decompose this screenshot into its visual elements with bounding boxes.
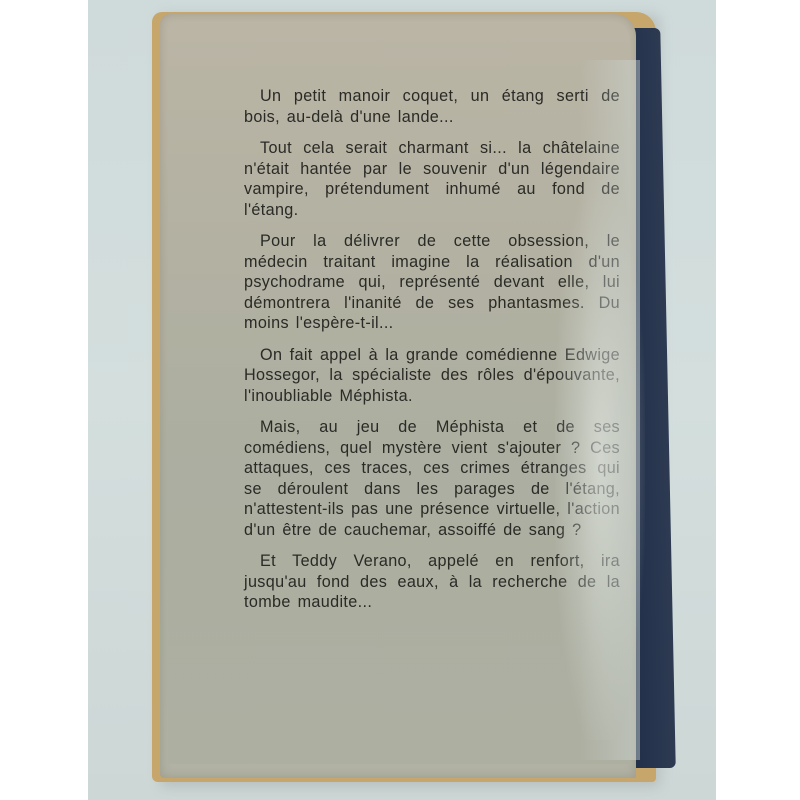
blurb-paragraph: Mais, au jeu de Méphista et de ses coméd… — [244, 417, 620, 540]
blurb-paragraph: Tout cela serait charmant si... la châte… — [244, 138, 620, 220]
blurb-paragraph: On fait appel à la grande comédienne Edw… — [244, 345, 620, 407]
back-cover-blurb: Un petit manoir coquet, un étang serti d… — [244, 86, 620, 613]
blurb-paragraph: Pour la délivrer de cette obsession, le … — [244, 231, 620, 334]
blurb-paragraph: Un petit manoir coquet, un étang serti d… — [244, 86, 620, 127]
blurb-paragraph: Et Teddy Verano, appelé en renfort, ira … — [244, 551, 620, 613]
